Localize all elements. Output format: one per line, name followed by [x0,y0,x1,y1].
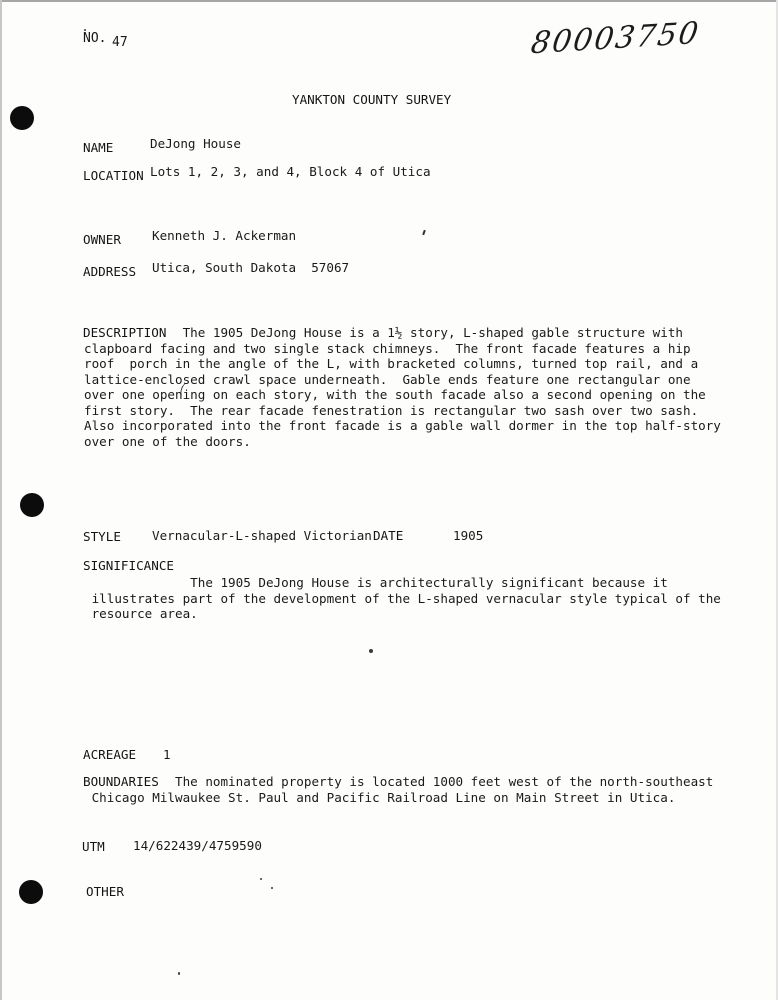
ink-speck [369,649,373,653]
ink-speck [178,972,180,975]
name-value: DeJong House [150,136,241,152]
location-label: LOCATION [83,168,144,184]
date-label: DATE [373,528,403,544]
acreage-label: ACREAGE [83,747,136,763]
document-number-value: 47 [112,35,128,51]
location-value: Lots 1, 2, 3, and 4, Block 4 of Utica [150,164,431,180]
page-title: YANKTON COUNTY SURVEY [292,92,451,108]
ink-speck [271,887,273,889]
page-edge-top [0,0,778,2]
ink-speck [422,230,426,235]
style-label: STYLE [83,529,121,545]
utm-label: UTM [82,839,105,855]
scanned-survey-page: NO. 47 80003750 YANKTON COUNTY SURVEY NA… [0,0,778,1000]
owner-value: Kenneth J. Ackerman [152,228,296,244]
boundaries-text: The nominated property is located 1000 f… [84,774,713,805]
address-label: ADDRESS [83,264,136,280]
other-label: OTHER [86,884,124,900]
date-value: 1905 [453,528,483,544]
significance-text: The 1905 DeJong House is architecturally… [84,575,721,622]
ink-speck [84,29,86,31]
owner-label: OWNER [83,232,121,248]
utm-value: 14/622439/4759590 [133,838,262,854]
hole-punch-bottom [19,880,43,904]
description-text: The 1905 DeJong House is a 1½ story, L-s… [84,325,721,449]
hole-punch-middle [20,493,44,517]
address-value: Utica, South Dakota 57067 [152,260,349,276]
document-number-label: NO. [83,31,106,47]
acreage-value: 1 [163,747,171,763]
handwritten-reference-number: 80003750 [529,16,703,62]
name-label: NAME [83,140,113,156]
page-edge-left [0,0,2,1000]
ink-speck [260,878,262,880]
style-value: Vernacular-L-shaped Victorian [152,528,372,544]
hole-punch-top [10,106,34,130]
significance-label: SIGNIFICANCE [83,558,174,574]
